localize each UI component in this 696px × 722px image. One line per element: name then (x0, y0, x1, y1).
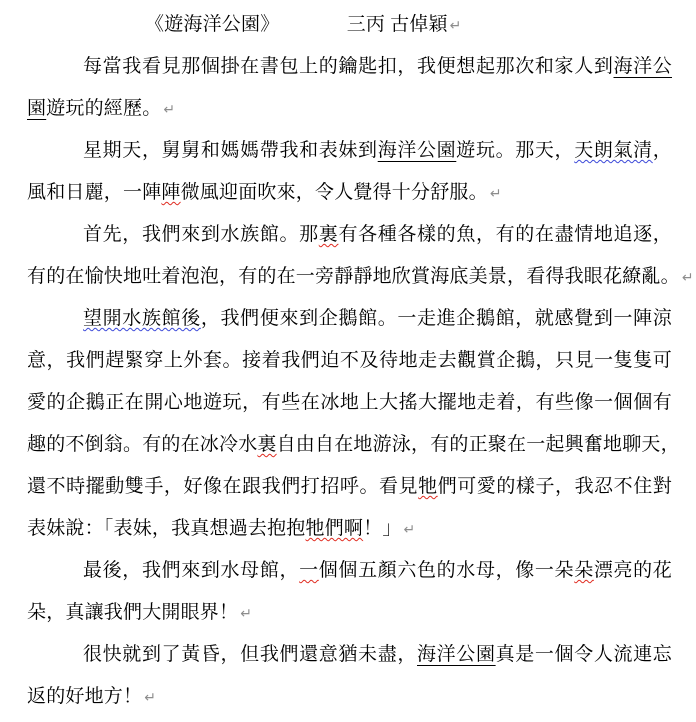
text-line[interactable]: 園遊玩的經歷。↵ (27, 88, 690, 130)
text-line[interactable]: 還不時擺動雙手，好像在跟我們打招呼。看見牠們可愛的樣子，我忍不住對 (27, 466, 690, 508)
spellcheck-flagged-text: 一 (299, 560, 319, 581)
text-run: 還不時擺動雙手，好像在跟我們打招呼。看見 (27, 476, 418, 497)
text-run: 有各種各樣的魚，有的在盡情地追逐， (338, 224, 672, 245)
text-line[interactable]: 愛的企鵝正在開心地遊玩，有些在冰地上大搖大擺地走着，有些像一個個有 (27, 382, 690, 424)
text-line[interactable]: 每當我看見那個掛在書包上的鑰匙扣，我便想起那次和家人到海洋公 (27, 46, 690, 88)
spellcheck-flagged-text: 裏 (257, 434, 276, 455)
text-line[interactable]: 星期天，舅舅和媽媽帶我和表妹到海洋公園遊玩。那天，天朗氣清， (27, 130, 690, 172)
paragraph-mark-icon: ↵ (238, 606, 252, 622)
text-line[interactable]: 望開水族館後，我們便來到企鵝館。一走進企鵝館，就感覺到一陣涼 (27, 298, 690, 340)
text-line[interactable]: 很快就到了黃昏，但我們還意猶未盡，海洋公園真是一個令人流連忘 (27, 634, 690, 676)
text-line[interactable]: 趣的不倒翁。有的在冰冷水裏自由自在地游泳，有的正聚在一起興奮地聊天， (27, 424, 690, 466)
text-run: 遊玩。那天， (456, 140, 574, 161)
underlined-text: 園 (27, 98, 46, 119)
text-run: 趣的不倒翁。有的在冰冷水 (27, 434, 257, 455)
text-run: 們可愛的樣子，我忍不住對 (438, 476, 672, 497)
text-line[interactable]: 首先，我們來到水族館。那裏有各種各樣的魚，有的在盡情地追逐， (27, 214, 690, 256)
paragraph-mark-icon: ↵ (448, 18, 462, 34)
document-page[interactable]: 《遊海洋公園》 三丙 古倬穎↵ 每當我看見那個掛在書包上的鑰匙扣，我便想起那次和… (0, 0, 696, 722)
text-run: ， (653, 140, 672, 161)
text-line[interactable]: 最後，我們來到水母館，一個個五顏六色的水母，像一朵朵漂亮的花 (27, 550, 690, 592)
text-run: 首先，我們來到水族館。那 (83, 224, 319, 245)
document-text-area[interactable]: 每當我看見那個掛在書包上的鑰匙扣，我便想起那次和家人到海洋公園遊玩的經歷。↵星期… (27, 46, 690, 718)
text-line[interactable]: 表妹說：「表妹，我真想過去抱抱牠們啊！」↵ (27, 508, 690, 550)
text-line[interactable]: 有的在愉快地吐着泡泡，有的在一旁靜靜地欣賞海底美景，看得我眼花繚亂。↵ (27, 256, 690, 298)
text-run: 很快就到了黃昏，但我們還意猶未盡， (83, 644, 417, 665)
spellcheck-flagged-text: 陣 (161, 182, 180, 203)
underlined-text: 海洋公園 (417, 644, 496, 665)
text-line[interactable]: 返的好地方！↵ (27, 676, 690, 718)
text-run: 自由自在地游泳，有的正聚在一起興奮地聊天， (277, 434, 680, 455)
author-name: 三丙 古倬穎 (347, 14, 448, 35)
text-run: 返的好地方！ (27, 686, 142, 707)
spellcheck-flagged-text: 朵 (574, 560, 594, 581)
paragraph-mark-icon: ↵ (488, 186, 502, 202)
spellcheck-flagged-text: 裏 (319, 224, 339, 245)
paragraph-mark-icon: ↵ (142, 690, 156, 706)
text-run: 個個五顏六色的水母，像一朵 (319, 560, 574, 581)
paragraph-mark-icon: ↵ (680, 270, 694, 286)
text-run: 微風迎面吹來，令人覺得十分舒服。 (181, 182, 488, 203)
text-run: 朵，真讓我們大開眼界！ (27, 602, 238, 623)
text-run: 漂亮的花 (594, 560, 672, 581)
text-line[interactable]: 朵，真讓我們大開眼界！↵ (27, 592, 690, 634)
text-run: 表妹說：「表妹，我真想過去抱抱 (27, 518, 306, 539)
text-run: 風和日麗，一陣 (27, 182, 161, 203)
text-run: 每當我看見那個掛在書包上的鑰匙扣，我便想起那次和家人到 (83, 56, 614, 77)
title-author-gap (270, 14, 347, 35)
document-title: 《遊海洋公園》 (145, 14, 270, 35)
paragraph-mark-icon: ↵ (161, 102, 175, 118)
title-line[interactable]: 《遊海洋公園》 三丙 古倬穎↵ (27, 4, 690, 46)
spellcheck-flagged-text: 牠 (418, 476, 438, 497)
text-run: 愛的企鵝正在開心地遊玩，有些在冰地上大搖大擺地走着，有些像一個個有 (27, 392, 672, 413)
text-line[interactable]: 風和日麗，一陣陣微風迎面吹來，令人覺得十分舒服。↵ (27, 172, 690, 214)
text-run: 最後，我們來到水母館， (83, 560, 299, 581)
paragraph-mark-icon: ↵ (402, 522, 416, 538)
grammar-flagged-text: 望開水族館後 (83, 308, 201, 329)
underlined-text: 海洋公 (614, 56, 673, 77)
text-run: 有的在愉快地吐着泡泡，有的在一旁靜靜地欣賞海底美景，看得我眼花繚亂。 (27, 266, 680, 287)
text-run: 遊玩的經歷。 (46, 98, 161, 119)
text-run: ，我們便來到企鵝館。一走進企鵝館，就感覺到一陣涼 (201, 308, 672, 329)
underlined-text: 海洋公園 (378, 140, 457, 161)
text-run: 星期天，舅舅和媽媽帶我和表妹到 (83, 140, 378, 161)
text-line[interactable]: 意，我們趕緊穿上外套。接着我們迫不及待地走去觀賞企鵝，只見一隻隻可 (27, 340, 690, 382)
text-run: 意，我們趕緊穿上外套。接着我們迫不及待地走去觀賞企鵝，只見一隻隻可 (27, 350, 672, 371)
spellcheck-flagged-text: 牠們啊 (306, 518, 364, 539)
grammar-flagged-text: 天朗氣清 (574, 140, 653, 161)
text-run: ！」 (363, 518, 401, 539)
text-run: 真是一個令人流連忘 (496, 644, 672, 665)
